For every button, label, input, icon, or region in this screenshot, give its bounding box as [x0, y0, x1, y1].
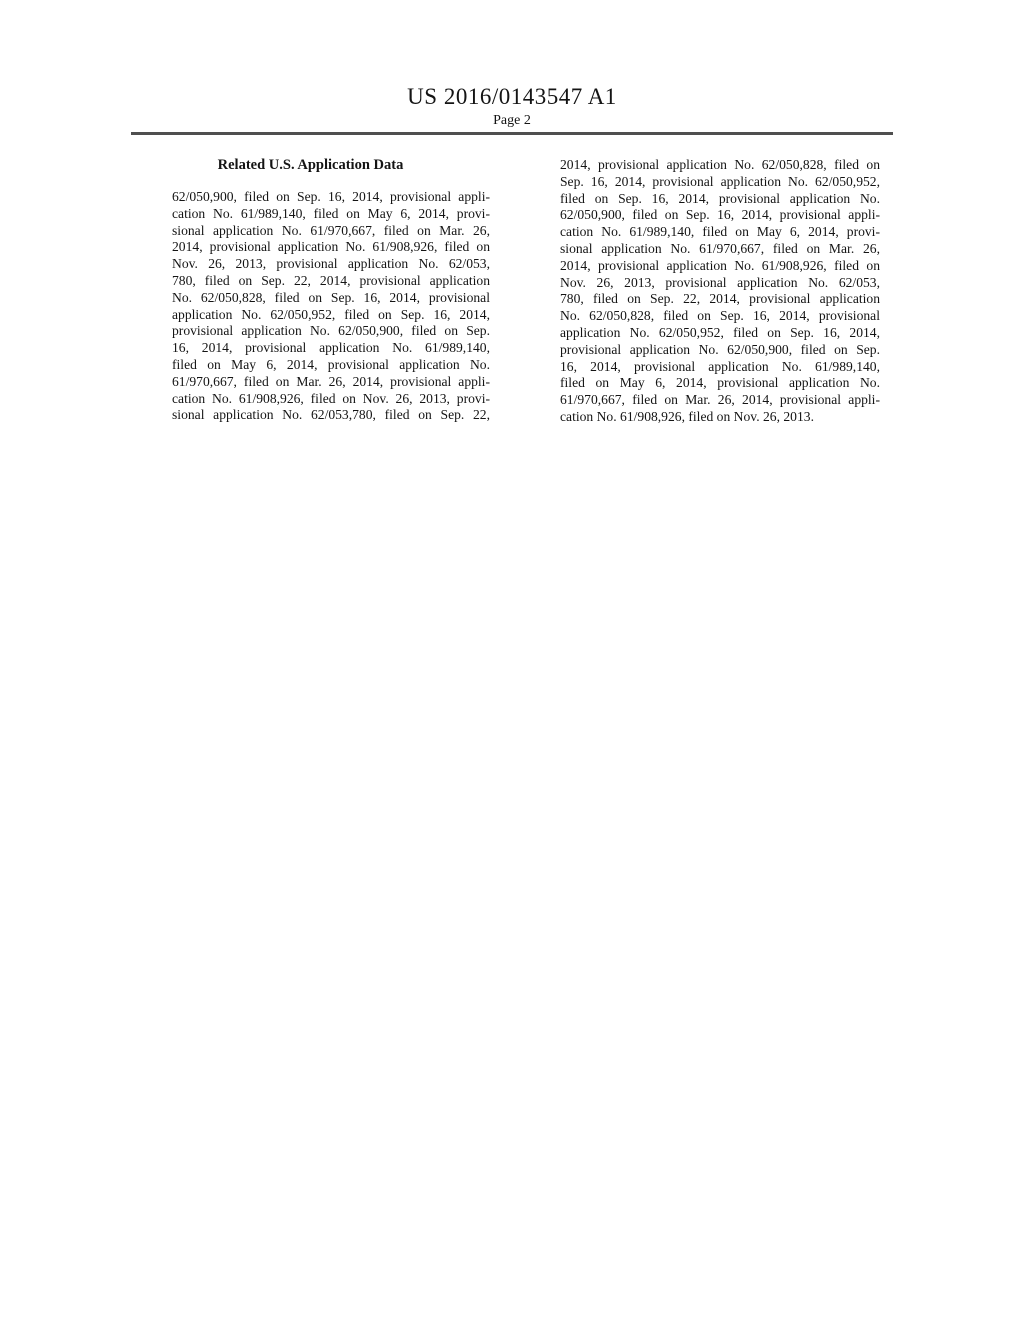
text-line: cation No. 61/989,140, filed on May 6, 2… — [560, 224, 880, 241]
patent-document-page: US 2016/0143547 A1 Page 2 Related U.S. A… — [0, 0, 1024, 1320]
text-line: application No. 62/050,952, filed on Sep… — [560, 325, 880, 342]
related-data-right-column: 2014, provisional application No. 62/050… — [560, 157, 880, 426]
text-line: Nov. 26, 2013, provisional application N… — [560, 275, 880, 292]
text-line: provisional application No. 62/050,900, … — [172, 323, 490, 340]
related-data-left-column: 62/050,900, filed on Sep. 16, 2014, prov… — [172, 189, 490, 424]
text-line: sional application No. 61/970,667, filed… — [172, 223, 490, 240]
text-line: filed on Sep. 16, 2014, provisional appl… — [560, 191, 880, 208]
text-line: filed on May 6, 2014, provisional applic… — [560, 375, 880, 392]
text-line: cation No. 61/908,926, filed on Nov. 26,… — [560, 409, 880, 426]
text-line: 780, filed on Sep. 22, 2014, provisional… — [172, 273, 490, 290]
patent-publication-number: US 2016/0143547 A1 — [0, 84, 1024, 109]
text-line: 62/050,900, filed on Sep. 16, 2014, prov… — [560, 207, 880, 224]
text-line: cation No. 61/989,140, filed on May 6, 2… — [172, 206, 490, 223]
text-line: cation No. 61/908,926, filed on Nov. 26,… — [172, 391, 490, 408]
text-line: 2014, provisional application No. 61/908… — [560, 258, 880, 275]
text-line: 61/970,667, filed on Mar. 26, 2014, prov… — [172, 374, 490, 391]
text-line: 780, filed on Sep. 22, 2014, provisional… — [560, 291, 880, 308]
text-line: 16, 2014, provisional application No. 61… — [560, 359, 880, 376]
text-line: filed on May 6, 2014, provisional applic… — [172, 357, 490, 374]
text-line: sional application No. 62/053,780, filed… — [172, 407, 490, 424]
text-line: provisional application No. 62/050,900, … — [560, 342, 880, 359]
text-line: application No. 62/050,952, filed on Sep… — [172, 307, 490, 324]
text-line: No. 62/050,828, filed on Sep. 16, 2014, … — [172, 290, 490, 307]
text-line: Nov. 26, 2013, provisional application N… — [172, 256, 490, 273]
text-line: 61/970,667, filed on Mar. 26, 2014, prov… — [560, 392, 880, 409]
text-line: sional application No. 61/970,667, filed… — [560, 241, 880, 258]
text-line: No. 62/050,828, filed on Sep. 16, 2014, … — [560, 308, 880, 325]
text-line: 2014, provisional application No. 62/050… — [560, 157, 880, 174]
header-divider-rule — [131, 132, 893, 135]
text-line: 2014, provisional application No. 61/908… — [172, 239, 490, 256]
text-line: Sep. 16, 2014, provisional application N… — [560, 174, 880, 191]
text-line: 62/050,900, filed on Sep. 16, 2014, prov… — [172, 189, 490, 206]
section-heading-related-us-application-data: Related U.S. Application Data — [131, 157, 490, 174]
text-line: 16, 2014, provisional application No. 61… — [172, 340, 490, 357]
page-number-label: Page 2 — [0, 113, 1024, 129]
